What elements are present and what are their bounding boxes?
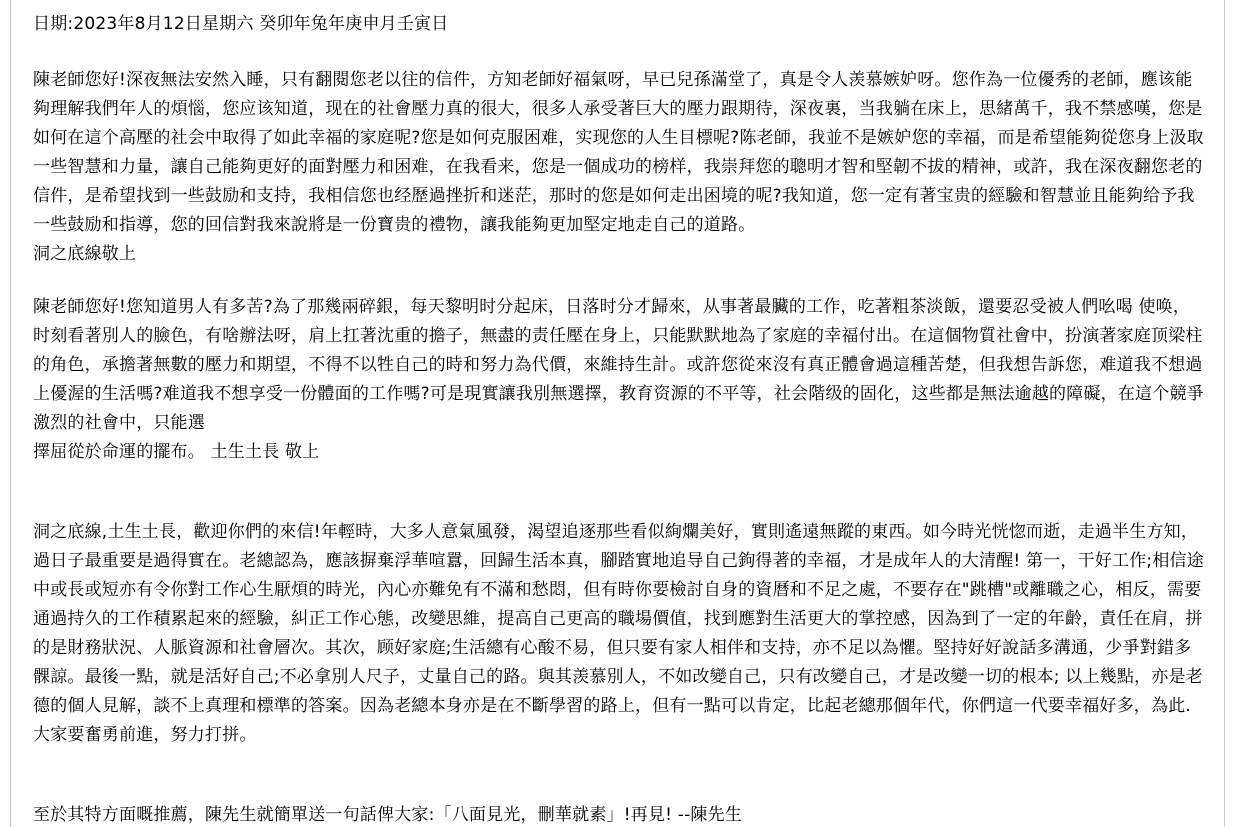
reply-chen-body: 洞之底線,土生土長，歡迎你們的來信!年輕時，大多人意氣風發，渴望追逐那些看似絢爛… [33, 518, 1205, 750]
letter-tushengtuzhang-signoff: 擇屈從於命運的擺布。 土生土長 敬上 [33, 438, 1205, 467]
reply-chen: 洞之底線,土生土長，歡迎你們的來信!年輕時，大多人意氣風發，渴望追逐那些看似絢爛… [33, 518, 1205, 750]
letter-tushengtuzhang: 陳老師您好!您知道男人有多苦?為了那幾兩碎銀，每天黎明时分起床，日落时分才歸來，… [33, 293, 1205, 467]
letter-dongzhidixian: 陳老師您好!深夜無法安然入睡，只有翻閱您老以往的信件，方知老師好福氣呀，早已兒孫… [33, 66, 1205, 269]
letter-dongzhidixian-body: 陳老師您好!深夜無法安然入睡，只有翻閱您老以往的信件，方知老師好福氣呀，早已兒孫… [33, 66, 1205, 240]
document-page: 日期:2023年8月12日星期六 癸卯年兔年庚申月壬寅日 陳老師您好!深夜無法安… [0, 0, 1242, 827]
document-content: 日期:2023年8月12日星期六 癸卯年兔年庚申月壬寅日 陳老師您好!深夜無法安… [33, 10, 1205, 827]
right-border-rule [1224, 0, 1225, 827]
letter-tushengtuzhang-body: 陳老師您好!您知道男人有多苦?為了那幾兩碎銀，每天黎明时分起床，日落时分才歸來，… [33, 293, 1205, 438]
closing-line: 至於其特方面嘅推薦，陳先生就簡單送一句話俾大家:「八面見光，刪華就素」!再見! … [33, 801, 1205, 827]
left-border-rule [10, 0, 11, 827]
letter-dongzhidixian-signoff: 洞之底線敬上 [33, 240, 1205, 269]
date-line: 日期:2023年8月12日星期六 癸卯年兔年庚申月壬寅日 [33, 10, 1205, 39]
